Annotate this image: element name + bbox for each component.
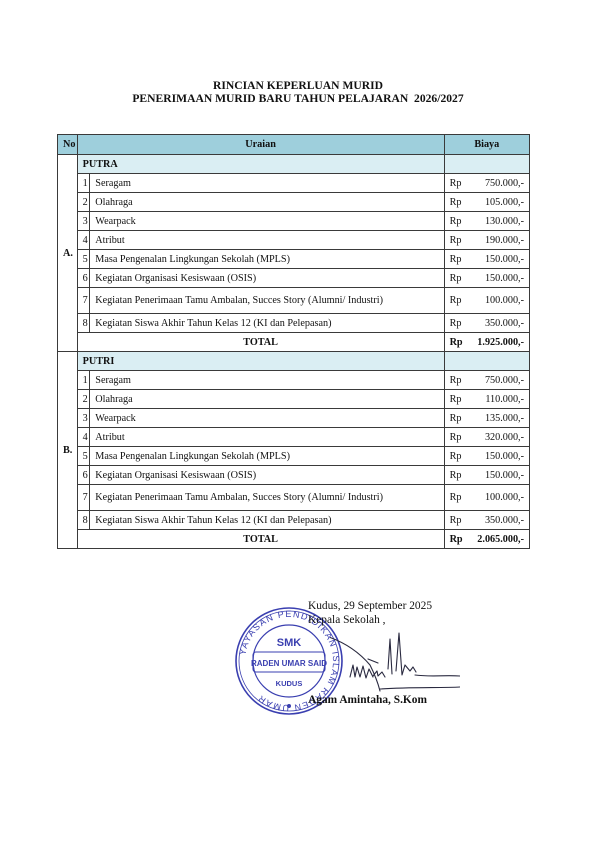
- item-currency: Rp: [444, 314, 468, 333]
- table-row: 1SeragamRp750.000,-: [58, 174, 530, 193]
- item-amount: 100.000,-: [468, 485, 529, 511]
- item-number: 5: [77, 447, 90, 466]
- item-description: Olahraga: [90, 193, 444, 212]
- item-number: 6: [77, 269, 90, 288]
- item-number: 4: [77, 231, 90, 250]
- item-description: Olahraga: [90, 390, 444, 409]
- item-number: 1: [77, 371, 90, 390]
- section-label: PUTRI: [77, 352, 444, 371]
- item-amount: 320.000,-: [468, 428, 529, 447]
- header-uraian: Uraian: [77, 135, 444, 155]
- item-number: 8: [77, 511, 90, 530]
- item-description: Kegiatan Siswa Akhir Tahun Kelas 12 (KI …: [90, 511, 444, 530]
- item-amount: 100.000,-: [468, 288, 529, 314]
- item-amount: 130.000,-: [468, 212, 529, 231]
- sign-name: Agam Amintaha, S.Kom: [308, 694, 427, 707]
- stamp-dot-icon: [287, 704, 291, 708]
- item-description: Wearpack: [90, 212, 444, 231]
- item-description: Atribut: [90, 428, 444, 447]
- header-no: No: [58, 135, 78, 155]
- table-row: 1SeragamRp750.000,-: [58, 371, 530, 390]
- item-number: 7: [77, 485, 90, 511]
- item-currency: Rp: [444, 485, 468, 511]
- total-row: TOTALRp1.925.000,-: [58, 333, 530, 352]
- stamp-line3: KUDUS: [276, 679, 303, 688]
- item-currency: Rp: [444, 269, 468, 288]
- total-label: TOTAL: [77, 530, 444, 549]
- item-currency: Rp: [444, 212, 468, 231]
- table-row: 4AtributRp190.000,-: [58, 231, 530, 250]
- item-number: 2: [77, 390, 90, 409]
- item-amount: 135.000,-: [468, 409, 529, 428]
- table-row: 7Kegiatan Penerimaan Tamu Ambalan, Succe…: [58, 288, 530, 314]
- table-row: 2OlahragaRp110.000,-: [58, 390, 530, 409]
- item-amount: 110.000,-: [468, 390, 529, 409]
- item-currency: Rp: [444, 466, 468, 485]
- item-currency: Rp: [444, 288, 468, 314]
- item-description: Atribut: [90, 231, 444, 250]
- item-currency: Rp: [444, 250, 468, 269]
- item-description: Kegiatan Penerimaan Tamu Ambalan, Succes…: [90, 288, 444, 314]
- item-amount: 150.000,-: [468, 466, 529, 485]
- item-number: 3: [77, 409, 90, 428]
- table-row: 6Kegiatan Organisasi Kesiswaan (OSIS)Rp1…: [58, 466, 530, 485]
- table-row: 6Kegiatan Organisasi Kesiswaan (OSIS)Rp1…: [58, 269, 530, 288]
- item-amount: 150.000,-: [468, 447, 529, 466]
- item-currency: Rp: [444, 174, 468, 193]
- total-amount: 1.925.000,-: [468, 333, 529, 352]
- item-amount: 190.000,-: [468, 231, 529, 250]
- table-row: 8Kegiatan Siswa Akhir Tahun Kelas 12 (KI…: [58, 314, 530, 333]
- total-label: TOTAL: [77, 333, 444, 352]
- item-number: 5: [77, 250, 90, 269]
- table-row: 8Kegiatan Siswa Akhir Tahun Kelas 12 (KI…: [58, 511, 530, 530]
- item-amount: 350.000,-: [468, 314, 529, 333]
- item-description: Seragam: [90, 174, 444, 193]
- total-row: TOTALRp2.065.000,-: [58, 530, 530, 549]
- header-biaya: Biaya: [444, 135, 529, 155]
- item-currency: Rp: [444, 231, 468, 250]
- item-description: Seragam: [90, 371, 444, 390]
- item-currency: Rp: [444, 428, 468, 447]
- total-currency: Rp: [444, 530, 468, 549]
- item-amount: 750.000,-: [468, 371, 529, 390]
- item-description: Kegiatan Organisasi Kesiswaan (OSIS): [90, 269, 444, 288]
- document-title: RINCIAN KEPERLUAN MURID: [0, 79, 596, 92]
- item-description: Masa Pengenalan Lingkungan Sekolah (MPLS…: [90, 447, 444, 466]
- table-row: 5Masa Pengenalan Lingkungan Sekolah (MPL…: [58, 250, 530, 269]
- table-row: 4AtributRp320.000,-: [58, 428, 530, 447]
- item-description: Wearpack: [90, 409, 444, 428]
- section-label: PUTRA: [77, 155, 444, 174]
- table-row: 3WearpackRp130.000,-: [58, 212, 530, 231]
- table-header-row: No Uraian Biaya: [58, 135, 530, 155]
- section-header-empty-cell: [444, 155, 529, 174]
- signature-scribble: [330, 625, 460, 705]
- item-description: Kegiatan Penerimaan Tamu Ambalan, Succes…: [90, 485, 444, 511]
- item-amount: 150.000,-: [468, 250, 529, 269]
- item-number: 2: [77, 193, 90, 212]
- item-description: Kegiatan Siswa Akhir Tahun Kelas 12 (KI …: [90, 314, 444, 333]
- stamp-line1: SMK: [277, 637, 302, 649]
- item-number: 7: [77, 288, 90, 314]
- section-header-empty-cell: [444, 352, 529, 371]
- item-amount: 105.000,-: [468, 193, 529, 212]
- item-description: Masa Pengenalan Lingkungan Sekolah (MPLS…: [90, 250, 444, 269]
- total-currency: Rp: [444, 333, 468, 352]
- section-header-row: B.PUTRI: [58, 352, 530, 371]
- table-row: 3WearpackRp135.000,-: [58, 409, 530, 428]
- table-body: A.PUTRA1SeragamRp750.000,-2OlahragaRp105…: [58, 155, 530, 549]
- section-letter: B.: [58, 352, 78, 549]
- item-number: 4: [77, 428, 90, 447]
- item-amount: 750.000,-: [468, 174, 529, 193]
- item-number: 3: [77, 212, 90, 231]
- item-number: 8: [77, 314, 90, 333]
- total-amount: 2.065.000,-: [468, 530, 529, 549]
- item-currency: Rp: [444, 390, 468, 409]
- table-row: 5Masa Pengenalan Lingkungan Sekolah (MPL…: [58, 447, 530, 466]
- cost-table: No Uraian Biaya A.PUTRA1SeragamRp750.000…: [57, 134, 530, 549]
- item-amount: 150.000,-: [468, 269, 529, 288]
- section-header-row: A.PUTRA: [58, 155, 530, 174]
- item-currency: Rp: [444, 371, 468, 390]
- item-currency: Rp: [444, 193, 468, 212]
- table-row: 7Kegiatan Penerimaan Tamu Ambalan, Succe…: [58, 485, 530, 511]
- item-number: 1: [77, 174, 90, 193]
- stamp-line2: RADEN UMAR SAID: [251, 659, 327, 668]
- item-description: Kegiatan Organisasi Kesiswaan (OSIS): [90, 466, 444, 485]
- table-row: 2OlahragaRp105.000,-: [58, 193, 530, 212]
- item-amount: 350.000,-: [468, 511, 529, 530]
- section-letter: A.: [58, 155, 78, 352]
- item-currency: Rp: [444, 409, 468, 428]
- sign-role: Kepala Sekolah ,: [308, 614, 386, 627]
- item-number: 6: [77, 466, 90, 485]
- item-currency: Rp: [444, 511, 468, 530]
- document-subtitle: PENERIMAAN MURID BARU TAHUN PELAJARAN 20…: [0, 92, 596, 105]
- item-currency: Rp: [444, 447, 468, 466]
- sign-place-date: Kudus, 29 September 2025: [308, 600, 432, 613]
